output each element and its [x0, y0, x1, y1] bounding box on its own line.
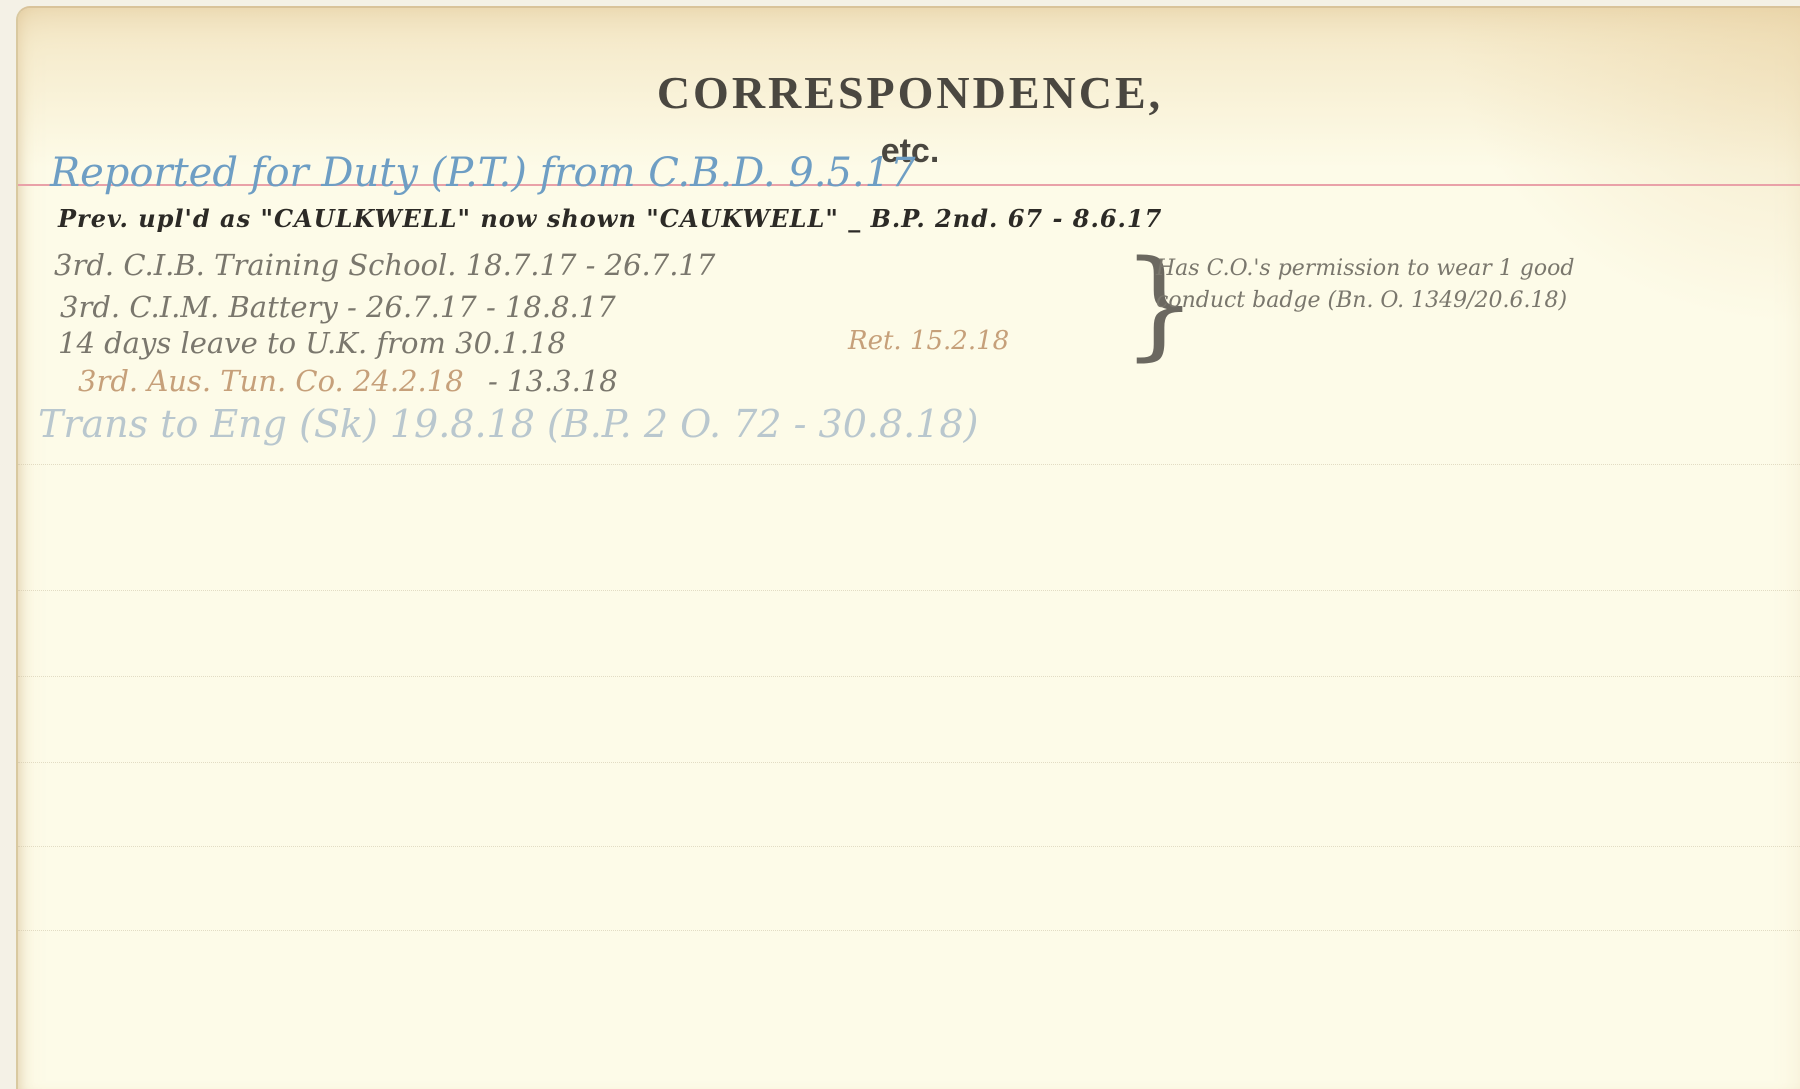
entry-transfer-to-england: Trans to Eng (Sk) 19.8.18 (B.P. 2 O. 72 …	[38, 402, 978, 446]
ruled-line	[18, 464, 1800, 466]
ruled-line	[18, 846, 1800, 848]
entry-name-correction: Prev. upl'd as "CAULKWELL" now shown "CA…	[58, 204, 1162, 233]
entry-training-school: 3rd. C.I.B. Training School. 18.7.17 - 2…	[54, 248, 715, 282]
record-card: CORRESPONDENCE, etc. Reported for Duty (…	[16, 6, 1800, 1089]
entry-leave-return: Ret. 15.2.18	[848, 326, 1009, 356]
ruled-line	[18, 762, 1800, 764]
entry-reported-for-duty: Reported for Duty (P.T.) from C.B.D. 9.5…	[50, 150, 916, 196]
entry-tunnelling-end: - 13.3.18	[488, 364, 618, 398]
entry-tunnelling-company: 3rd. Aus. Tun. Co. 24.2.18	[78, 364, 464, 398]
ruled-line	[18, 676, 1800, 678]
card-heading: CORRESPONDENCE,	[18, 66, 1800, 119]
side-note-line-2: conduct badge (Bn. O. 1349/20.6.18)	[1156, 288, 1567, 313]
entry-battery: 3rd. C.I.M. Battery - 26.7.17 - 18.8.17	[60, 290, 616, 324]
ruled-line	[18, 590, 1800, 592]
side-note-line-1: Has C.O.'s permission to wear 1 good	[1156, 256, 1574, 281]
ruled-line	[18, 930, 1800, 932]
entry-leave: 14 days leave to U.K. from 30.1.18	[58, 326, 566, 360]
